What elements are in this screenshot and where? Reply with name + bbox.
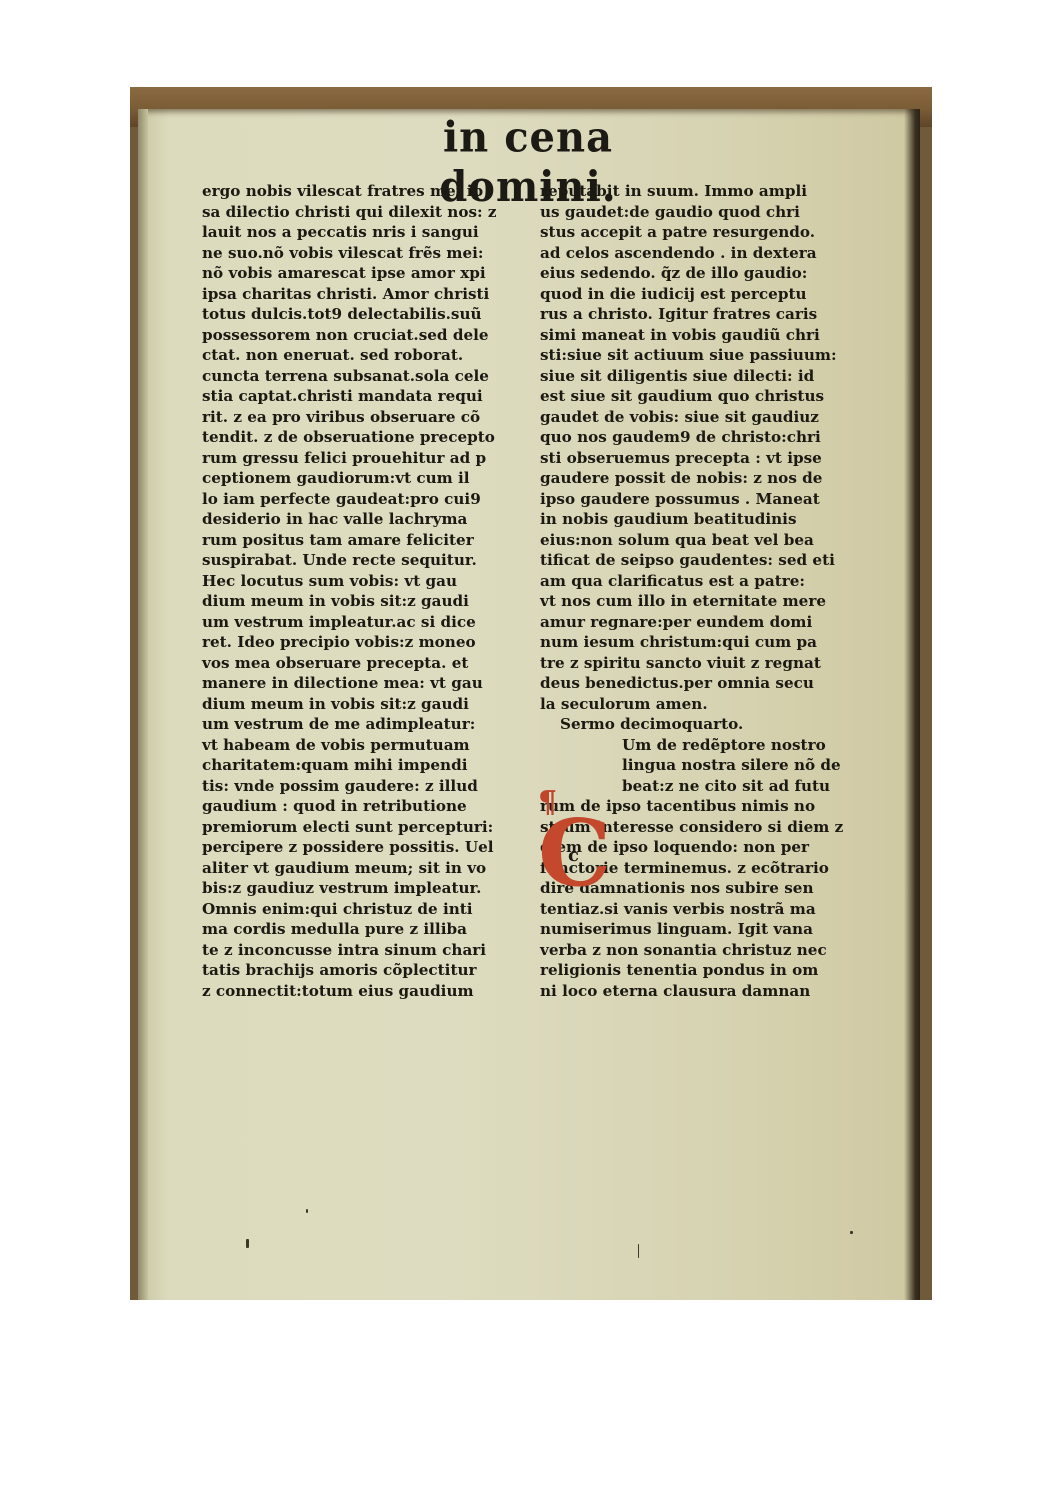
text-line: religionis tenentia pondus in om: [540, 960, 870, 981]
text-line: ipsa charitas christi. Amor christi: [202, 284, 534, 305]
text-line: reputabit in suum. Immo ampli: [540, 181, 870, 202]
text-line: ma cordis medulla pure z illiba: [202, 919, 534, 940]
text-line: possessorem non cruciat.sed dele: [202, 325, 534, 346]
text-line: charitatem:quam mihi impendi: [202, 755, 534, 776]
text-line: ad celos ascendendo . in dextera: [540, 243, 870, 264]
text-line: stus accepit a patre resurgendo.: [540, 222, 870, 243]
text-line: vos mea obseruare precepta. et: [202, 653, 534, 674]
text-line: Hec locutus sum vobis: vt gau: [202, 571, 534, 592]
text-line: numiserimus linguam. Igit vana: [540, 919, 870, 940]
ink-speck: [306, 1209, 308, 1213]
text-line: rum gressu felici prouehitur ad p: [202, 448, 534, 469]
text-line: tatis brachijs amoris cõplectitur: [202, 960, 534, 981]
text-line: lingua nostra silere nõ de: [540, 755, 870, 776]
printed-page: in cena domini. ergo nobis vilescat frat…: [138, 109, 918, 1300]
text-line: sa dilectio christi qui dilexit nos: z: [202, 202, 534, 223]
left-column: ergo nobis vilescat fratres mei ipsa dil…: [202, 181, 534, 1001]
text-line: est siue sit gaudium quo christus: [540, 386, 870, 407]
text-line: sti obseruemus precepta : vt ipse: [540, 448, 870, 469]
text-line: us gaudet:de gaudio quod chri: [540, 202, 870, 223]
text-line: siue sit diligentis siue dilecti: id: [540, 366, 870, 387]
text-line: tendit. z de obseruatione precepto: [202, 427, 534, 448]
text-line: simi maneat in vobis gaudiũ chri: [540, 325, 870, 346]
text-line: um vestrum impleatur.ac si dice: [202, 612, 534, 633]
text-line: ergo nobis vilescat fratres mei ip: [202, 181, 534, 202]
text-line: num iesum christum:qui cum pa: [540, 632, 870, 653]
text-line: rus a christo. Igitur fratres caris: [540, 304, 870, 325]
text-line: verba z non sonantia christuz nec: [540, 940, 870, 961]
text-line: lo iam perfecte gaudeat:pro cui9: [202, 489, 534, 510]
ink-speck: [246, 1239, 249, 1248]
text-line: ni loco eterna clausura damnan: [540, 981, 870, 1002]
text-line: gaudet de vobis: siue sit gaudiuz: [540, 407, 870, 428]
text-line: rum positus tam amare feliciter: [202, 530, 534, 551]
text-line: sti:siue sit actiuum siue passiuum:: [540, 345, 870, 366]
page-edge: [904, 109, 920, 1300]
text-line: ceptionem gaudiorum:vt cum il: [202, 468, 534, 489]
text-line: nõ vobis amarescat ipse amor xpi: [202, 263, 534, 284]
text-line: gaudium : quod in retributione: [202, 796, 534, 817]
text-line: suspirabat. Unde recte sequitur.: [202, 550, 534, 571]
text-line: cuncta terrena subsanat.sola cele: [202, 366, 534, 387]
text-line: stia captat.christi mandata requi: [202, 386, 534, 407]
manuscript-photo: in cena domini. ergo nobis vilescat frat…: [130, 87, 932, 1300]
text-line: dium meum in vobis sit:z gaudi: [202, 694, 534, 715]
text-line: vt habeam de vobis permutuam: [202, 735, 534, 756]
text-line: quo nos gaudem9 de christo:chri: [540, 427, 870, 448]
text-line: z connectit:totum eius gaudium: [202, 981, 534, 1002]
text-line: vt nos cum illo in eternitate mere: [540, 591, 870, 612]
sermon-heading: Sermo decimoquarto.: [540, 714, 870, 735]
text-line: dium meum in vobis sit:z gaudi: [202, 591, 534, 612]
text-line: bis:z gaudiuz vestrum impleatur.: [202, 878, 534, 899]
text-line: ipso gaudere possumus . Maneat: [540, 489, 870, 510]
text-line: aliter vt gaudium meum; sit in vo: [202, 858, 534, 879]
text-line: lauit nos a peccatis nris i sangui: [202, 222, 534, 243]
text-line: gaudere possit de nobis: z nos de: [540, 468, 870, 489]
text-line: deus benedictus.per omnia secu: [540, 673, 870, 694]
text-line: beat:z ne cito sit ad futu: [540, 776, 870, 797]
text-line: manere in dilectione mea: vt gau: [202, 673, 534, 694]
text-line: quod in die iudicij est perceptu: [540, 284, 870, 305]
text-line: amur regnare:per eundem domi: [540, 612, 870, 633]
text-line: percipere z possidere possitis. Uel: [202, 837, 534, 858]
text-line: totus dulcis.tot9 delectabilis.suũ: [202, 304, 534, 325]
ink-speck: [850, 1231, 853, 1234]
text-line: ret. Ideo precipio vobis:z moneo: [202, 632, 534, 653]
text-line: eius:non solum qua beat vel bea: [540, 530, 870, 551]
page-gutter: [138, 109, 148, 1300]
text-line: Omnis enim:qui christuz de inti: [202, 899, 534, 920]
text-line: premiorum electi sunt percepturi:: [202, 817, 534, 838]
text-line: tis: vnde possim gaudere: z illud: [202, 776, 534, 797]
text-line: um vestrum de me adimpleatur:: [202, 714, 534, 735]
text-line: eius sedendo. q̃z de illo gaudio:: [540, 263, 870, 284]
ink-speck: [638, 1244, 639, 1258]
text-line: am qua clarificatus est a patre:: [540, 571, 870, 592]
text-line: desiderio in hac valle lachryma: [202, 509, 534, 530]
text-line: te z inconcusse intra sinum chari: [202, 940, 534, 961]
text-line: Um de redẽptore nostro: [540, 735, 870, 756]
text-line: in nobis gaudium beatitudinis: [540, 509, 870, 530]
text-line: la seculorum amen.: [540, 694, 870, 715]
text-line: tificat de seipso gaudentes: sed eti: [540, 550, 870, 571]
guide-letter: c: [568, 845, 579, 866]
text-line: ne suo.nõ vobis vilescat frẽs mei:: [202, 243, 534, 264]
text-line: ctat. non eneruat. sed roborat.: [202, 345, 534, 366]
text-line: tre z spiritu sancto viuit z regnat: [540, 653, 870, 674]
text-line: rit. z ea pro viribus obseruare cõ: [202, 407, 534, 428]
